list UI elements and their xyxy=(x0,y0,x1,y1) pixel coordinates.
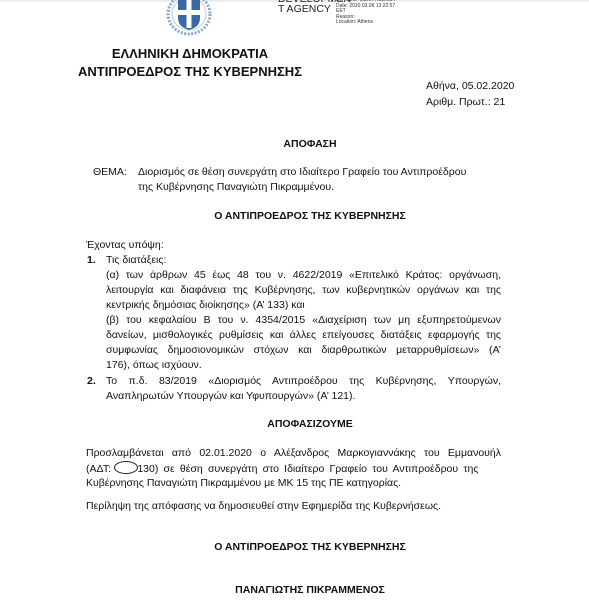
signature-detail-location: Location: Athens xyxy=(336,20,396,26)
item-1-line: λειτουργία και διαφάνεια της Κυβέρνησης,… xyxy=(106,283,501,298)
signatory-title: Ο ΑΝΤΙΠΡΟΕΔΡΟΣ ΤΗΣ ΚΥΒΕΡΝΗΣΗΣ xyxy=(0,540,589,554)
authority-heading: Ο ΑΝΤΙΠΡΟΕΔΡΟΣ ΤΗΣ ΚΥΒΕΡΝΗΣΗΣ xyxy=(0,209,589,223)
item-1-line: (α) των άρθρων 45 έως 48 του ν. 4622/201… xyxy=(106,268,501,283)
subject-line-1: Διορισμός σε θέση συνεργάτη στο Ιδιαίτερ… xyxy=(138,165,466,180)
protocol-number: Αριθμ. Πρωτ.: 21 xyxy=(426,94,505,110)
header-office: ΑΝΤΙΠΡΟΕΔΡΟΣ ΤΗΣ ΚΥΒΕΡΝΗΣΗΣ xyxy=(60,63,320,81)
header-republic: ΕΛΛΗΝΙΚΗ ΔΗΜΟΚΡΑΤΙΑ xyxy=(60,45,320,63)
decision-line-2: (ΑΔΤ: 130) σε θέση συνεργάτη στο Ιδιαίτε… xyxy=(86,461,501,477)
decision-line-2-text: 130) σε θέση συνεργάτη στο Ιδιαίτερο Γρα… xyxy=(137,463,478,475)
document-page: DEVELOPMEN T AGENCY DEVELOPMENT AGENCY D… xyxy=(0,0,589,615)
item-2-line: Το π.δ. 83/2019 «Διορισμός Αντιπροέδρου … xyxy=(106,374,501,389)
publication-note: Περίληψη της απόφασης να δημοσιευθεί στη… xyxy=(86,499,441,514)
item-1-line: κεντρικής δημόσιας διοίκησης» (Α’ 133) κ… xyxy=(106,298,305,313)
item-1-line: δανείων, μισθολογικές ρυθμίσεις και άλλε… xyxy=(106,328,501,343)
item-1-line: Τις διατάξεις: xyxy=(106,253,166,268)
subject-line-2: της Κυβέρνησης Παναγιώτη Πικραμμένου. xyxy=(138,180,334,195)
signature-details: DEVELOPMENT AGENCY Date: 2020.03.06 13:2… xyxy=(336,0,396,26)
decision-heading: ΑΠΟΦΑΣΙΖΟΥΜΕ xyxy=(0,417,589,431)
place-date: Αθήνα, 05.02.2020 xyxy=(426,78,514,94)
redaction-mark xyxy=(114,461,138,474)
decision-line-3: Κυβέρνησης Παναγιώτη Πικραμμένου με ΜΚ 1… xyxy=(86,476,401,491)
decision-line-2-body: (ΑΔΤ: 130) σε θέση συνεργάτη στο Ιδιαίτε… xyxy=(86,461,478,477)
item-2-line: Αναπληρωτών Υπουργών και Υφυπουργών» (Α’… xyxy=(106,389,355,404)
item-1-line: 176), όπως ισχύουν. xyxy=(106,358,202,373)
document-title: ΑΠΟΦΑΣΗ xyxy=(0,137,589,151)
item-1-line: (β) του κεφαλαίου Β του ν. 4354/2015 «Δι… xyxy=(106,313,501,328)
greek-coat-of-arms-icon xyxy=(165,0,213,36)
decision-line-1: Προσλαμβάνεται από 02.01.2020 ο Αλέξανδρ… xyxy=(86,446,501,461)
id-prefix: (ΑΔΤ: xyxy=(86,463,116,475)
signatory-name: ΠΑΝΑΓΙΩΤΗΣ ΠΙΚΡΑΜΜΕΝΟΣ xyxy=(0,583,589,597)
subject-label: ΘΕΜΑ: xyxy=(93,165,127,180)
item-number-1: 1. xyxy=(87,253,96,268)
considering-label: Έχοντας υπόψη: xyxy=(86,238,164,253)
item-1-line: συμφωνίας δημοσιονομικών στόχων και διαρ… xyxy=(106,343,501,358)
item-number-2: 2. xyxy=(87,374,96,389)
